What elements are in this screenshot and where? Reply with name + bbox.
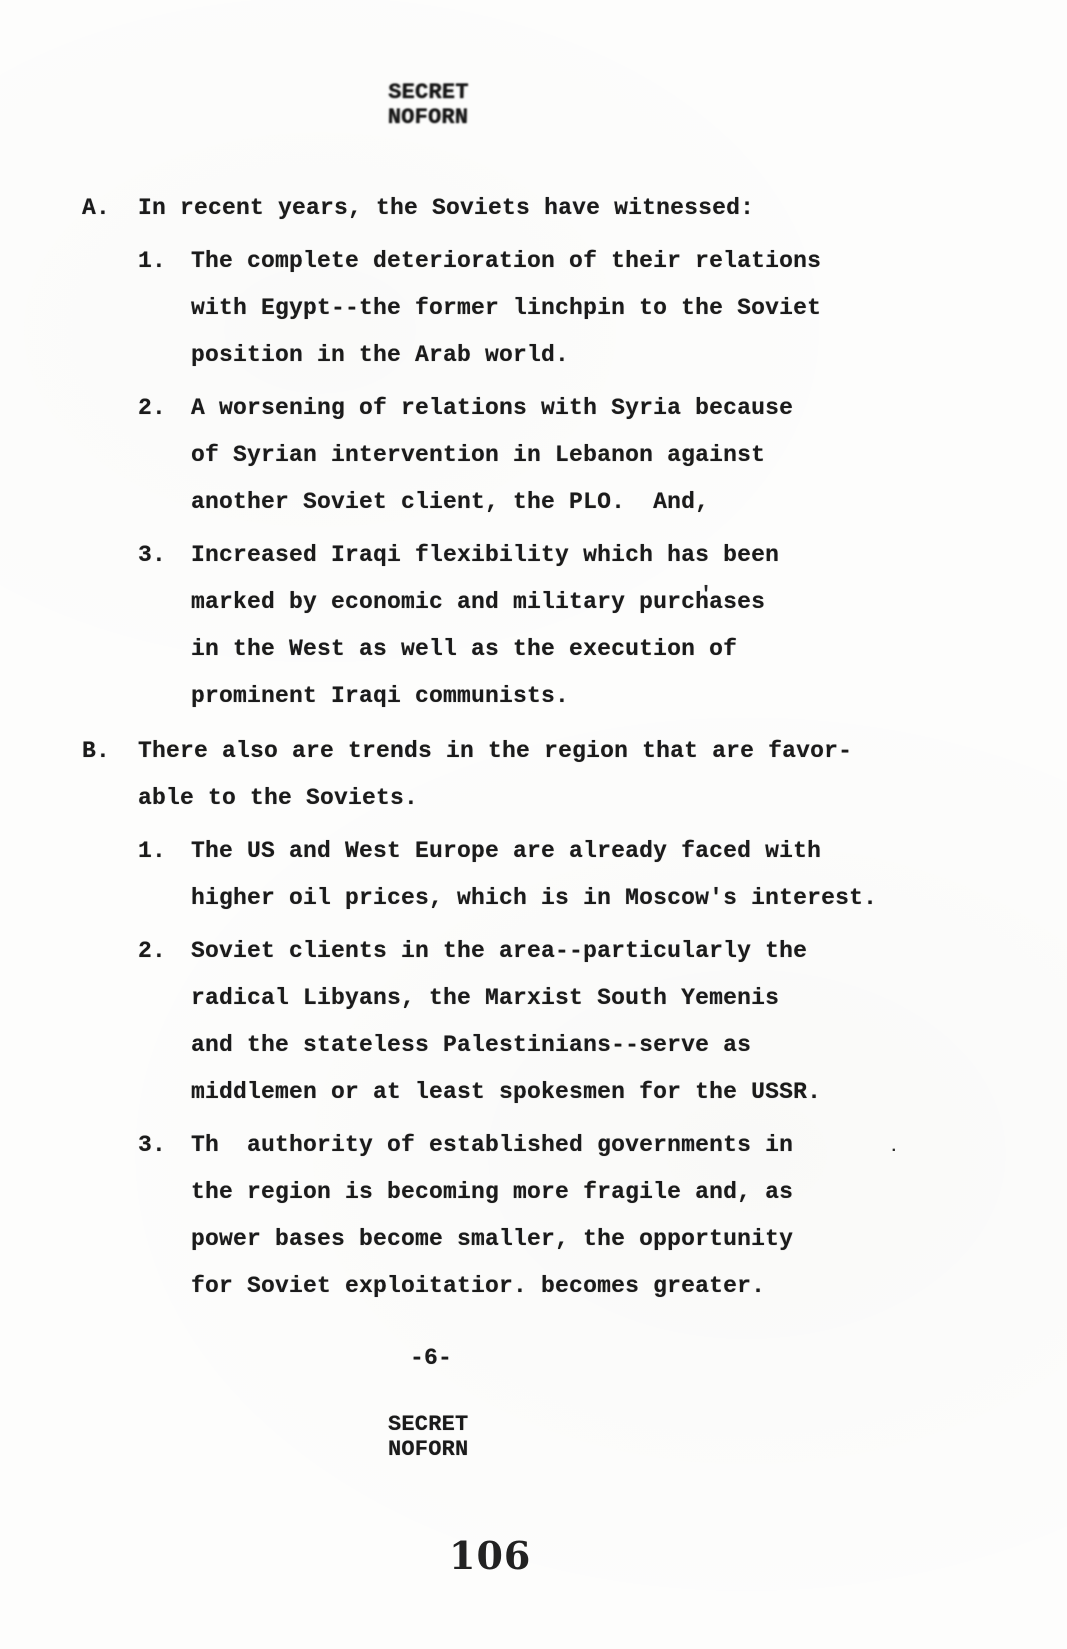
section-b-intro-line: able to the Soviets. (138, 775, 982, 822)
section-a-intro-line: In recent years, the Soviets have witnes… (138, 185, 982, 232)
classification-header-line2: NOFORN (388, 105, 469, 130)
item-a2-label: 2. (138, 385, 166, 432)
item-b2-line: and the stateless Palestinians--serve as (191, 1022, 982, 1069)
item-b3-line: power bases become smaller, the opportun… (191, 1216, 982, 1263)
item-a3-line: marked by economic and military purchase… (191, 579, 982, 626)
item-b2-line: radical Libyans, the Marxist South Yemen… (191, 975, 982, 1022)
stray-apostrophe-artifact: ' (700, 584, 712, 607)
item-b3-line: for Soviet exploitatior. becomes greater… (191, 1263, 982, 1310)
item-a2-line: another Soviet client, the PLO. And, (191, 479, 982, 526)
section-b-label: B. (82, 728, 110, 775)
item-a2: 2. A worsening of relations with Syria b… (138, 385, 982, 526)
typed-page-number: -6- (410, 1345, 452, 1371)
item-a2-line: A worsening of relations with Syria beca… (191, 385, 982, 432)
item-b2-line: middlemen or at least spokesmen for the … (191, 1069, 982, 1116)
scanned-document-page: SECRET NOFORN A. In recent years, the So… (0, 0, 1067, 1649)
item-a3-label: 3. (138, 532, 166, 579)
item-b1-line: higher oil prices, which is in Moscow's … (191, 875, 982, 922)
item-b2-label: 2. (138, 928, 166, 975)
classification-footer-line1: SECRET (388, 1412, 468, 1437)
item-a3-line: Increased Iraqi flexibility which has be… (191, 532, 982, 579)
section-a: A. In recent years, the Soviets have wit… (82, 185, 982, 720)
item-b3: 3. Th authority of established governmen… (138, 1122, 982, 1310)
item-b3-label: 3. (138, 1122, 166, 1169)
item-b1-label: 1. (138, 828, 166, 875)
section-a-label: A. (82, 185, 110, 232)
classification-footer: SECRET NOFORN (388, 1412, 468, 1462)
item-a1-line: with Egypt--the former linchpin to the S… (191, 285, 982, 332)
item-b3-line: the region is becoming more fragile and,… (191, 1169, 982, 1216)
document-body: A. In recent years, the Soviets have wit… (82, 185, 982, 1310)
item-b1: 1. The US and West Europe are already fa… (138, 828, 982, 922)
item-b3-line: Th authority of established governments … (191, 1122, 982, 1169)
item-a3: 3. Increased Iraqi flexibility which has… (138, 532, 982, 720)
classification-header-line1: SECRET (388, 80, 469, 105)
item-b1-line: The US and West Europe are already faced… (191, 828, 982, 875)
section-b-intro-line: There also are trends in the region that… (138, 728, 982, 775)
item-b2: 2. Soviet clients in the area--particula… (138, 928, 982, 1116)
item-a1-line: position in the Arab world. (191, 332, 982, 379)
item-a1: 1. The complete deterioration of their r… (138, 238, 982, 379)
stray-speck-artifact: . (889, 1138, 899, 1156)
item-a2-line: of Syrian intervention in Lebanon agains… (191, 432, 982, 479)
item-a3-line: prominent Iraqi communists. (191, 673, 982, 720)
item-a1-line: The complete deterioration of their rela… (191, 238, 982, 285)
printed-page-number: 106 (449, 1533, 531, 1578)
item-a3-line: in the West as well as the execution of (191, 626, 982, 673)
classification-footer-line2: NOFORN (388, 1437, 468, 1462)
section-b: B. There also are trends in the region t… (82, 728, 982, 1310)
item-a1-label: 1. (138, 238, 166, 285)
item-b2-line: Soviet clients in the area--particularly… (191, 928, 982, 975)
classification-header: SECRET NOFORN (388, 80, 469, 130)
